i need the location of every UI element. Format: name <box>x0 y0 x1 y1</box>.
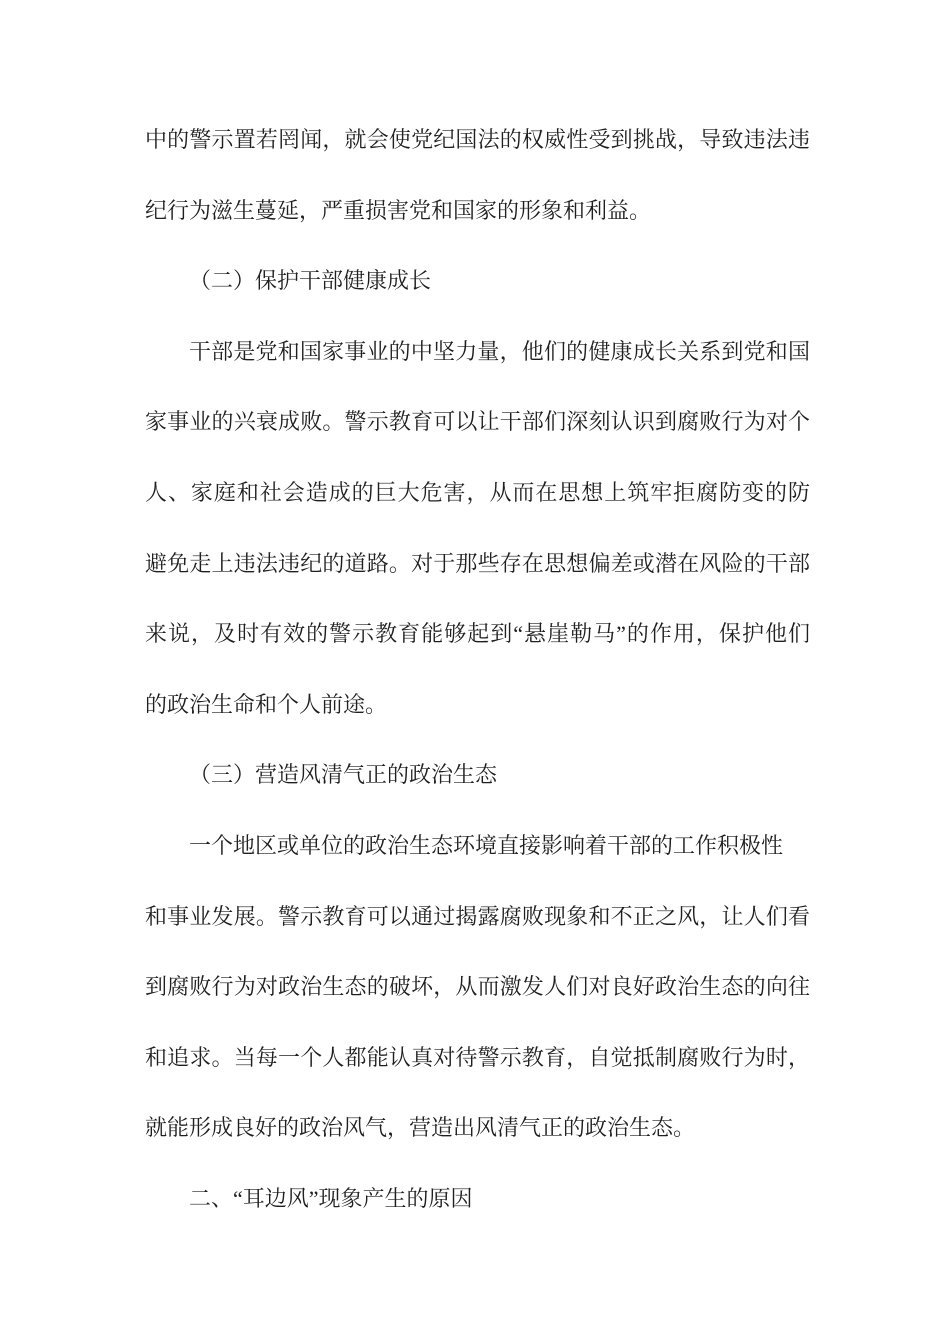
body-text-line: 避免走上违法违纪的道路。对于那些存在思想偏差或潜在风险的干部 <box>145 529 810 600</box>
body-text-line: 到腐败行为对政治生态的破坏，从而激发人们对良好政治生态的向往 <box>145 952 810 1023</box>
section-heading-ii: （二）保护干部健康成长 <box>145 246 810 317</box>
body-text-line: 人、家庭和社会造成的巨大危害，从而在思想上筑牢拒腐防变的防线， <box>145 458 810 529</box>
section-heading-iii: （三）营造风清气正的政治生态 <box>145 740 810 811</box>
body-text-line: 纪行为滋生蔓延，严重损害党和国家的形象和利益。 <box>145 176 810 247</box>
document-text-block: 中的警示置若罔闻，就会使党纪国法的权威性受到挑战，导致违法违 纪行为滋生蔓延，严… <box>145 105 810 1235</box>
document-page: 中的警示置若罔闻，就会使党纪国法的权威性受到挑战，导致违法违 纪行为滋生蔓延，严… <box>0 0 950 1344</box>
body-text-line: 就能形成良好的政治风气，营造出风清气正的政治生态。 <box>145 1093 810 1164</box>
body-text-line: 家事业的兴衰成败。警示教育可以让干部们深刻认识到腐败行为对个 <box>145 387 810 458</box>
body-text-line: 干部是党和国家事业的中坚力量，他们的健康成长关系到党和国 <box>145 317 810 388</box>
body-text-line: 一个地区或单位的政治生态环境直接影响着干部的工作积极性 <box>145 811 810 882</box>
section-heading-2: 二、“耳边风”现象产生的原因 <box>145 1164 810 1235</box>
body-text-line: 的政治生命和个人前途。 <box>145 670 810 741</box>
body-text-line: 中的警示置若罔闻，就会使党纪国法的权威性受到挑战，导致违法违 <box>145 105 810 176</box>
body-text-line: 和事业发展。警示教育可以通过揭露腐败现象和不正之风，让人们看 <box>145 882 810 953</box>
body-text-line: 来说，及时有效的警示教育能够起到“悬崖勒马”的作用，保护他们 <box>145 599 810 670</box>
body-text-line: 和追求。当每一个人都能认真对待警示教育，自觉抵制腐败行为时， <box>145 1023 810 1094</box>
